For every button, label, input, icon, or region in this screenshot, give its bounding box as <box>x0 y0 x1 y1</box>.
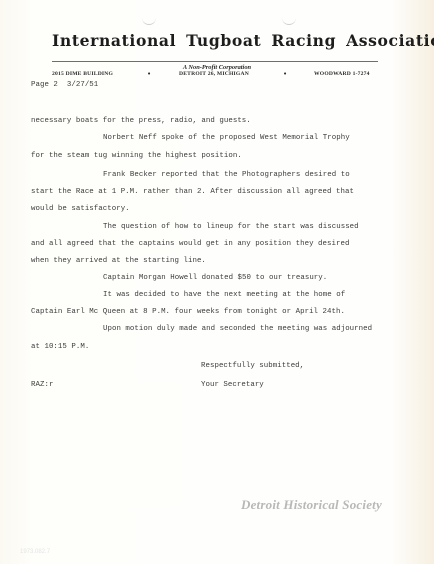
closing-signature: Your Secretary <box>201 381 264 389</box>
letterhead-address: 2015 DIME BUILDING <box>52 71 113 77</box>
letterhead-title: International Tugboat Racing Association <box>52 31 382 50</box>
body-line: Captain Morgan Howell donated $50 to our… <box>103 274 327 282</box>
body-line: It was decided to have the next meeting … <box>103 291 345 299</box>
letterhead-phone: WOODWARD 1-7274 <box>314 71 370 77</box>
punch-hole-mark <box>282 18 296 25</box>
page-header: Page 2 3/27/51 <box>31 81 98 89</box>
body-line: The question of how to lineup for the st… <box>103 223 359 231</box>
watermark: Detroit Historical Society <box>241 497 382 513</box>
bullet-separator: • <box>283 70 287 78</box>
body-line: at 10:15 P.M. <box>31 343 89 351</box>
punch-hole-mark <box>142 18 156 25</box>
typist-initials: RAZ:r <box>31 381 53 389</box>
body-line: for the steam tug winning the highest po… <box>31 152 242 160</box>
letterhead-subtitle: A Non-Profit Corporation <box>181 64 253 71</box>
body-line: when they arrived at the starting line. <box>31 257 206 265</box>
body-line: Frank Becker reported that the Photograp… <box>103 171 350 179</box>
body-line: necessary boats for the press, radio, an… <box>31 117 251 125</box>
document-page: International Tugboat Racing Association… <box>0 0 434 564</box>
body-line: would be satisfactory. <box>31 205 130 213</box>
body-line: Norbert Neff spoke of the proposed West … <box>103 134 350 142</box>
body-line: Upon motion duly made and seconded the m… <box>103 325 372 333</box>
closing-salutation: Respectfully submitted, <box>201 362 304 370</box>
body-line: Captain Earl Mc Queen at 8 P.M. four wee… <box>31 308 345 316</box>
body-line: and all agreed that the captains would g… <box>31 240 349 248</box>
catalog-stamp: 1973.082.7 <box>20 549 50 555</box>
letterhead-city: DETROIT 26, MICHIGAN <box>179 71 249 77</box>
bullet-separator: • <box>147 70 151 78</box>
body-line: start the Race at 1 P.M. rather than 2. … <box>31 188 354 196</box>
